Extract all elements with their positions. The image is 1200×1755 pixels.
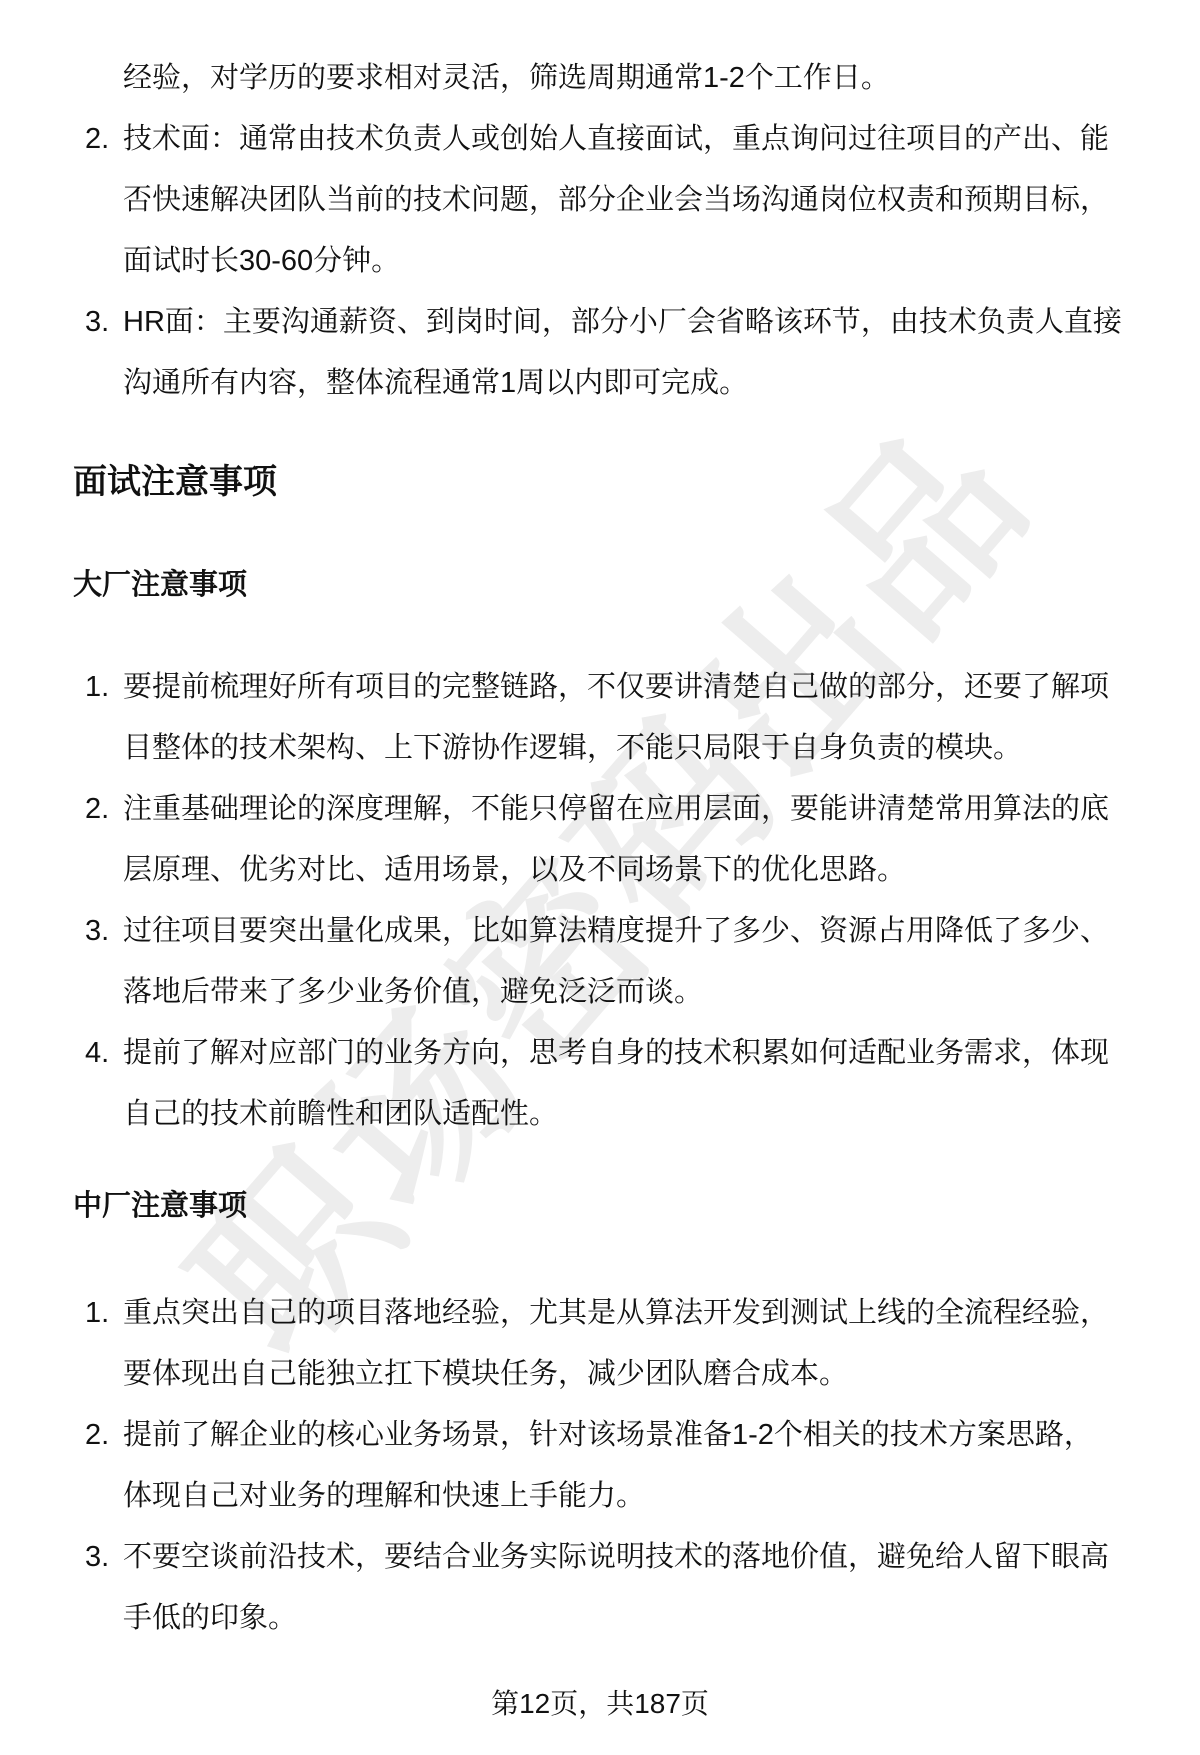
item-number: 3. <box>85 901 109 962</box>
item-number: 4. <box>85 1023 109 1084</box>
text-line: 否快速解决团队当前的技术问题，部分企业会当场沟通岗位权责和预期目标， <box>123 170 1140 231</box>
paragraph-continuation-line: 经验，对学历的要求相对灵活，筛选周期通常1-2个工作日。 <box>123 48 1140 109</box>
numbered-list-mid-factory: 1. 重点突出自己的项目落地经验，尤其是从算法开发到测试上线的全流程经验， 要体… <box>123 1283 1140 1649</box>
list-item: 2. 提前了解企业的核心业务场景，针对该场景准备1-2个相关的技术方案思路， 体… <box>123 1405 1140 1527</box>
text-line: 面试时长30-60分钟。 <box>123 231 1140 292</box>
text-line: 提前了解企业的核心业务场景，针对该场景准备1-2个相关的技术方案思路， <box>123 1405 1140 1466</box>
text-line: 注重基础理论的深度理解，不能只停留在应用层面，要能讲清楚常用算法的底 <box>123 779 1140 840</box>
item-number: 1. <box>85 1283 109 1344</box>
text-line: 体现自己对业务的理解和快速上手能力。 <box>123 1466 1140 1527</box>
item-number: 3. <box>85 292 109 353</box>
text-line: 过往项目要突出量化成果，比如算法精度提升了多少、资源占用降低了多少、 <box>123 901 1140 962</box>
text-line: 层原理、优劣对比、适用场景，以及不同场景下的优化思路。 <box>123 840 1140 901</box>
item-number: 2. <box>85 779 109 840</box>
numbered-list-big-factory: 1. 要提前梳理好所有项目的完整链路，不仅要讲清楚自己做的部分，还要了解项 目整… <box>123 657 1140 1145</box>
text-line: 目整体的技术架构、上下游协作逻辑，不能只局限于自身负责的模块。 <box>123 718 1140 779</box>
item-number: 1. <box>85 657 109 718</box>
text-line: 不要空谈前沿技术，要结合业务实际说明技术的落地价值，避免给人留下眼高 <box>123 1527 1140 1588</box>
list-item: 3. 不要空谈前沿技术，要结合业务实际说明技术的落地价值，避免给人留下眼高 手低… <box>123 1527 1140 1649</box>
text-line: 沟通所有内容，整体流程通常1周以内即可完成。 <box>123 353 1140 414</box>
text-line: 提前了解对应部门的业务方向，思考自身的技术积累如何适配业务需求，体现 <box>123 1023 1140 1084</box>
text-line: 要体现出自己能独立扛下模块任务，减少团队磨合成本。 <box>123 1344 1140 1405</box>
item-number: 2. <box>85 109 109 170</box>
text-line: 技术面：通常由技术负责人或创始人直接面试，重点询问过往项目的产出、能 <box>123 109 1140 170</box>
list-item: 2. 技术面：通常由技术负责人或创始人直接面试，重点询问过往项目的产出、能 否快… <box>123 109 1140 292</box>
page-content: 经验，对学历的要求相对灵活，筛选周期通常1-2个工作日。 2. 技术面：通常由技… <box>0 0 1200 1649</box>
text-line: 落地后带来了多少业务价值，避免泛泛而谈。 <box>123 962 1140 1023</box>
page-number-footer: 第12页，共187页 <box>0 1686 1200 1722</box>
list-item: 1. 要提前梳理好所有项目的完整链路，不仅要讲清楚自己做的部分，还要了解项 目整… <box>123 657 1140 779</box>
subsection-heading-big-factory: 大厂注意事项 <box>73 565 1140 605</box>
list-item: 2. 注重基础理论的深度理解，不能只停留在应用层面，要能讲清楚常用算法的底 层原… <box>123 779 1140 901</box>
text-line: 自己的技术前瞻性和团队适配性。 <box>123 1084 1140 1145</box>
document-page: 职场密码出品 经验，对学历的要求相对灵活，筛选周期通常1-2个工作日。 2. 技… <box>0 0 1200 1755</box>
subsection-heading-mid-factory: 中厂注意事项 <box>73 1186 1140 1226</box>
item-number: 2. <box>85 1405 109 1466</box>
text-line: 手低的印象。 <box>123 1588 1140 1649</box>
text-line: HR面：主要沟通薪资、到岗时间，部分小厂会省略该环节，由技术负责人直接 <box>123 292 1140 353</box>
section-heading: 面试注意事项 <box>73 460 1140 504</box>
list-item: 3. 过往项目要突出量化成果，比如算法精度提升了多少、资源占用降低了多少、 落地… <box>123 901 1140 1023</box>
list-item: 4. 提前了解对应部门的业务方向，思考自身的技术积累如何适配业务需求，体现 自己… <box>123 1023 1140 1145</box>
text-line: 要提前梳理好所有项目的完整链路，不仅要讲清楚自己做的部分，还要了解项 <box>123 657 1140 718</box>
list-item: 1. 重点突出自己的项目落地经验，尤其是从算法开发到测试上线的全流程经验， 要体… <box>123 1283 1140 1405</box>
item-number: 3. <box>85 1527 109 1588</box>
text-line: 重点突出自己的项目落地经验，尤其是从算法开发到测试上线的全流程经验， <box>123 1283 1140 1344</box>
list-item: 3. HR面：主要沟通薪资、到岗时间，部分小厂会省略该环节，由技术负责人直接 沟… <box>123 292 1140 414</box>
